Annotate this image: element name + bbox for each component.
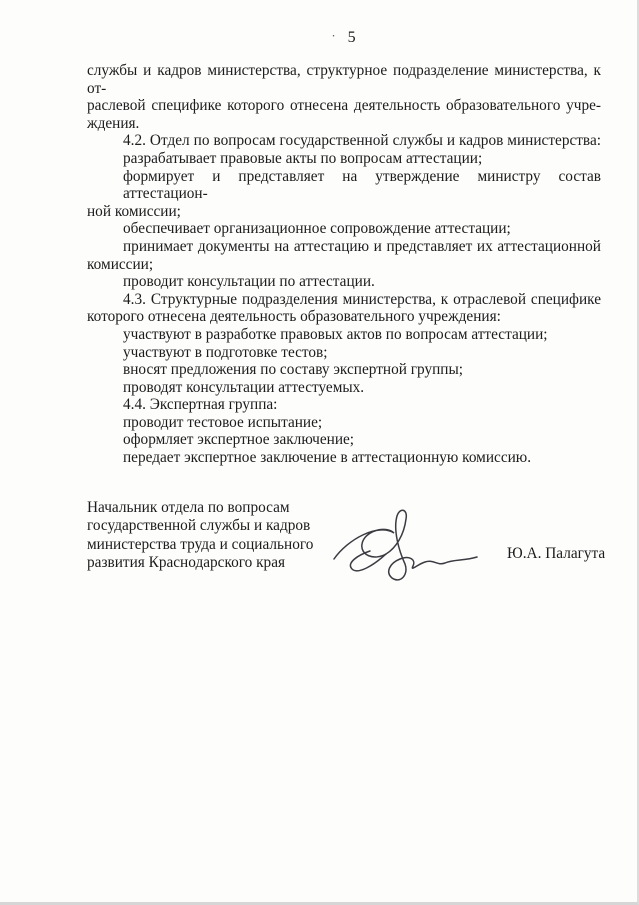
text-line: вносят предложения по составу экспертной… xyxy=(87,361,601,379)
signatory-title-line: Начальник отдела по вопросам xyxy=(87,499,357,518)
page-number: 5 xyxy=(348,29,357,46)
signatory-name: Ю.А. Палагута xyxy=(507,545,605,564)
text-line: 4.4. Экспертная группа: xyxy=(87,396,601,414)
document-body: службы и кадров министерства, структурно… xyxy=(87,62,601,467)
text-line: раслевой специфике которого отнесена дея… xyxy=(87,97,601,115)
text-line: участвуют в подготовке тестов; xyxy=(87,344,601,362)
text-line: оформляет экспертное заключение; xyxy=(87,431,601,449)
page-header: ·5 xyxy=(87,27,601,47)
text-line: проводит консультации по аттестации. xyxy=(87,273,601,291)
text-line: принимает документы на аттестацию и пред… xyxy=(87,238,601,256)
text-line: 4.3. Структурные подразделения министерс… xyxy=(87,291,601,309)
text-line: комиссии; xyxy=(87,256,601,274)
signatory-title-line: государственной службы и кадров xyxy=(87,517,357,536)
handwritten-signature-icon xyxy=(330,505,480,585)
text-line: которого отнесена деятельность образоват… xyxy=(87,308,601,326)
text-line: передает экспертное заключение в аттеста… xyxy=(87,449,601,467)
text-line: ной комиссии; xyxy=(87,203,601,221)
scan-dot-artifact: · xyxy=(331,28,336,43)
document-page: ·5 службы и кадров министерства, структу… xyxy=(0,0,639,905)
signatory-title-line: развития Краснодарского края xyxy=(87,554,357,573)
text-line: ждения. xyxy=(87,115,601,133)
text-line: проводят консультации аттестуемых. xyxy=(87,379,601,397)
text-line: проводит тестовое испытание; xyxy=(87,414,601,432)
text-line: обеспечивает организационное сопровожден… xyxy=(87,220,601,238)
text-line: службы и кадров министерства, структурно… xyxy=(87,62,601,97)
page-content: ·5 службы и кадров министерства, структу… xyxy=(87,0,601,619)
text-line: участвуют в разработке правовых актов по… xyxy=(87,326,601,344)
signature-section: Начальник отдела по вопросамгосударствен… xyxy=(87,499,601,619)
signatory-title-block: Начальник отдела по вопросамгосударствен… xyxy=(87,499,357,573)
signatory-title-line: министерства труда и социального xyxy=(87,536,357,555)
text-line: формирует и представляет на утверждение … xyxy=(87,168,601,203)
text-line: разрабатывает правовые акты по вопросам … xyxy=(87,150,601,168)
text-line: 4.2. Отдел по вопросам государственной с… xyxy=(87,132,601,150)
